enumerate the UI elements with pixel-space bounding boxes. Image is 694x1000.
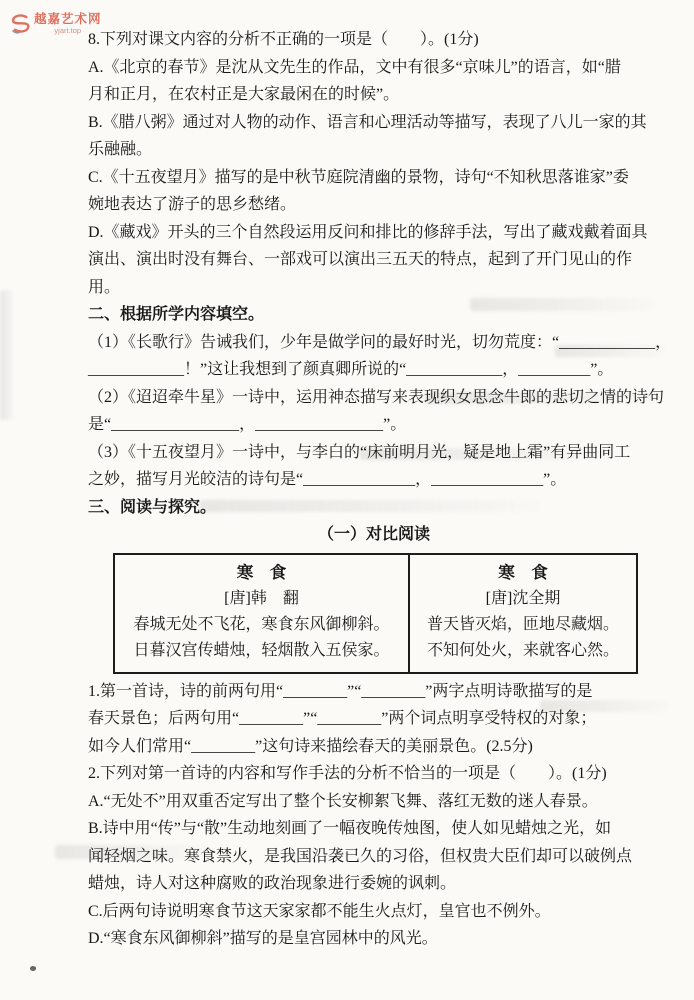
question-8-option-a-cont: 月和正月，在农村正是大家最闲在的时候”。 [88, 81, 660, 109]
poem-author: [唐]韩 翻 [119, 586, 404, 612]
question-8-option-b: B.《腊八粥》通过对人物的动作、语言和心理活动等描写，表现了八儿一家的其 [88, 109, 660, 137]
question-8-option-a: A.《北京的春节》是沈从文先生的作品，文中有很多“京味儿”的语言，如“腊 [88, 54, 660, 82]
fill-item-1: （1）《长歌行》告诫我们，少年是做学问的最好时光，切勿荒度：“_________… [88, 329, 660, 357]
question-8-option-d-cont: 演出、演出时没有舞台、一部戏可以演出三五天的特点，起到了开门见山的作 [88, 246, 660, 274]
question-8-option-c: C.《十五夜望月》描写的是中秋节庭院清幽的景物，诗句“不知秋思落谁家”委 [88, 164, 660, 192]
question-2-option-a: A.“无处不”用双重否定写出了整个长安柳絮飞舞、落红无数的迷人春景。 [88, 788, 660, 816]
fill-item-3-cont: 之妙，描写月光皎洁的诗句是“______________，___________… [88, 466, 660, 494]
watermark-site-name: 越嘉艺术网 [34, 13, 102, 26]
fill-item-2-cont: 是“________________，________________”。 [88, 411, 660, 439]
question-2-option-b-cont: 蜡烛，诗人对这种腐败的政治现象进行委婉的讽刺。 [88, 870, 660, 898]
ink-speck [29, 965, 36, 972]
reading-question-1-cont: 春天景色；后两句用“________”“________”两个词点明享受特权的对… [88, 705, 660, 733]
question-8-option-c-cont: 婉地表达了游子的思乡愁绪。 [88, 191, 660, 219]
question-2-option-c: C.后两句诗说明寒食节这天家家都不能生火点灯，皇官也不例外。 [88, 898, 660, 926]
question-8-option-d-cont: 用。 [88, 274, 660, 302]
poem-author: [唐]沈全期 [414, 586, 632, 612]
fill-item-2: （2）《迢迢牵牛星》一诗中，运用神态描写来表现织女思念牛郎的悲切之情的诗句 [88, 384, 660, 412]
question-2-option-b: B.诗中用“传”与“散”生动地刻画了一幅夜晚传烛图，使人如见蜡烛之光，如 [88, 815, 660, 843]
reading-question-2-stem: 2.下列对第一首诗的内容和写作手法的分析不恰当的一项是（ ）。(1分) [88, 760, 660, 788]
poem-cell-left: 寒 食 [唐]韩 翻 春城无处不飞花，寒食东风御柳斜。 日暮汉宫传蜡烛，轻烟散入… [114, 554, 409, 673]
poem-line: 普天皆灭焰，匝地尽藏烟。 [414, 612, 632, 638]
poem-line: 不知何处火，来就客心然。 [414, 638, 632, 664]
question-8-option-d: D.《藏戏》开头的三个自然段运用反问和排比的修辞手法，写出了藏戏戴着面具 [88, 219, 660, 247]
question-2-option-d: D.“寒食东风御柳斜”描写的是皇宫园林中的风光。 [88, 925, 660, 953]
page-content: 8.下列对课文内容的分析不正确的一项是（ ）。(1分) A.《北京的春节》是沈从… [0, 26, 694, 953]
section-3-heading: 三、阅读与探究。 [88, 494, 660, 522]
question-8-stem: 8.下列对课文内容的分析不正确的一项是（ ）。(1分) [88, 26, 660, 54]
poem-line: 日暮汉宫传蜡烛，轻烟散入五侯家。 [119, 638, 404, 664]
section-2-heading: 二、根据所学内容填空。 [88, 301, 660, 329]
poem-comparison-table: 寒 食 [唐]韩 翻 春城无处不飞花，寒食东风御柳斜。 日暮汉宫传蜡烛，轻烟散入… [113, 553, 638, 674]
poem-title: 寒 食 [119, 560, 404, 586]
fill-item-1-cont: ____________！”这让我想到了颜真卿所说的“____________，… [88, 356, 660, 384]
poem-line: 春城无处不飞花，寒食东风御柳斜。 [119, 612, 404, 638]
poem-title: 寒 食 [414, 560, 632, 586]
question-8-option-b-cont: 乐融融。 [88, 136, 660, 164]
comparative-reading-subtitle: （一）对比阅读 [88, 521, 660, 549]
reading-question-1: 1.第一首诗，诗的前两句用“________”“________”两字点明诗歌描… [88, 678, 660, 706]
exam-paper-scan: 越嘉艺术网 yjart.top 8.下列对课文内容的分析不正确的一项是（ ）。(… [0, 0, 694, 1000]
question-2-option-b-cont: 闻轻烟之味。寒食禁火，是我国沿袭已久的习俗，但权贵大臣们却可以破例点 [88, 843, 660, 871]
reading-question-1-cont: 如今人们常用“________”这句诗来描绘春天的美丽景色。(2.5分) [88, 733, 660, 761]
poem-cell-right: 寒 食 [唐]沈全期 普天皆灭焰，匝地尽藏烟。 不知何处火，来就客心然。 [409, 554, 637, 673]
fill-item-3: （3）《十五夜望月》一诗中，与李白的“床前明月光，疑是地上霜”有异曲同工 [88, 439, 660, 467]
